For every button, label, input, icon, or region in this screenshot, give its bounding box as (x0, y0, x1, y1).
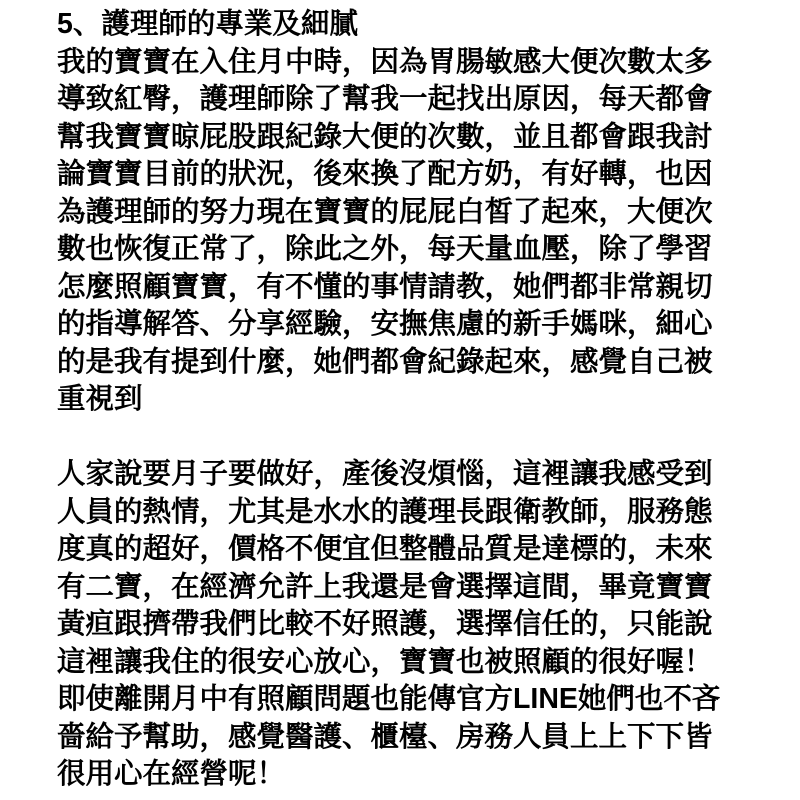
text-line: 為護理師的努力現在寶寶的屁屁白皙了起來，大便次 (57, 194, 757, 232)
text-line: 論寶寶目前的狀況，後來換了配方奶，有好轉，也因 (57, 156, 757, 194)
text-line: 幫我寶寶晾屁股跟紀錄大便的次數，並且都會跟我討 (57, 119, 757, 157)
text-line: 人家說要月子要做好，產後沒煩惱，這裡讓我感受到 (57, 456, 757, 494)
text-line: 有二寶，在經濟允許上我還是會選擇這間，畢竟寶寶 (57, 569, 757, 607)
review-paragraph-2: 人家說要月子要做好，產後沒煩惱，這裡讓我感受到 人員的熱情，尤其是水水的護理長跟… (57, 456, 757, 794)
review-heading: 5、護理師的專業及細膩 (57, 6, 757, 44)
text-line: 嗇給予幫助，感覺醫護、櫃檯、房務人員上上下下皆 (57, 719, 757, 757)
text-line: 的是我有提到什麼，她們都會紀錄起來，感覺自己被 (57, 344, 757, 382)
review-document: 5、護理師的專業及細膩 我的寶寶在入住月中時，因為胃腸敏感大便次數太多 導致紅臀… (57, 6, 757, 794)
text-line: 導致紅臀，護理師除了幫我一起找出原因，每天都會 (57, 81, 757, 119)
text-line: 怎麼照顧寶寶，有不懂的事情請教，她們都非常親切 (57, 269, 757, 307)
text-line: 數也恢復正常了，除此之外，每天量血壓，除了學習 (57, 231, 757, 269)
text-line: 即使離開月中有照顧問題也能傳官方LINE她們也不吝 (57, 681, 757, 719)
text-line: 重視到 (57, 381, 757, 419)
text-line: 很用心在經營呢！ (57, 756, 757, 794)
text-line: 我的寶寶在入住月中時，因為胃腸敏感大便次數太多 (57, 44, 757, 82)
text-line: 這裡讓我住的很安心放心，寶寶也被照顧的很好喔！ (57, 644, 757, 682)
review-paragraph-1: 我的寶寶在入住月中時，因為胃腸敏感大便次數太多 導致紅臀，護理師除了幫我一起找出… (57, 44, 757, 419)
text-line: 的指導解答、分享經驗，安撫焦慮的新手媽咪，細心 (57, 306, 757, 344)
text-line: 黃疸跟擠帶我們比較不好照護，選擇信任的，只能說 (57, 606, 757, 644)
text-line: 度真的超好，價格不便宜但整體品質是達標的，未來 (57, 531, 757, 569)
text-line: 人員的熱情，尤其是水水的護理長跟衛教師，服務態 (57, 494, 757, 532)
